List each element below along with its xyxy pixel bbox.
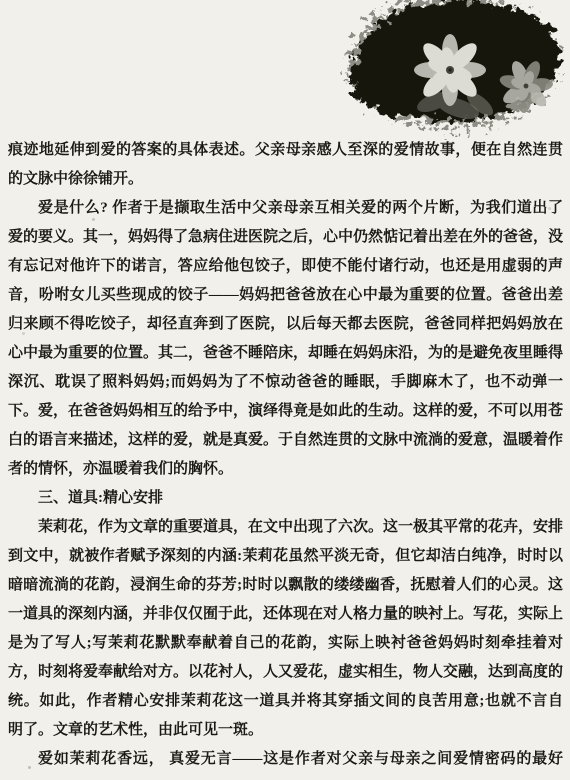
text-line: 到文中，就被作者赋予深刻的内涵:茉莉花虽然平淡无奇，但它却洁白纯净，时时以 (8, 542, 563, 571)
jasmine-ink-photo (338, 0, 570, 140)
section-heading: 三、道具:精心安排 (8, 484, 563, 513)
scanned-page: 痕迹地延伸到爱的答案的具体表述。父亲母亲感人至深的爱情故事，便在自然连贯的文脉中… (0, 0, 570, 780)
text-line: 暗暗流淌的花韵，浸润生命的芬芳;时时以飘散的缕缕幽香，抚慰着人们的心灵。这 (8, 571, 563, 600)
text-line: 一。如此，作者精心安排茉莉花这一道具并将其穿插文间的良苦用意;也就不言自 (8, 687, 563, 716)
text-line: 茉莉花，作为文章的重要道具，在文中出现了六次。这一极其平常的花卉，安排 (8, 513, 563, 542)
text-column: 痕迹地延伸到爱的答案的具体表述。父亲母亲感人至深的爱情故事，便在自然连贯的文脉中… (8, 136, 563, 774)
text-line: 爱的要义。其一，妈妈得了急病住进医院之后，心中仍然惦记着出差在外的爸爸，没 (8, 223, 563, 252)
text-line: 深沉、耽误了照料妈妈;而妈妈为了不惊动爸爸的睡眠，手脚麻木了，也不动弹一 (8, 368, 563, 397)
jasmine-flower-main (414, 34, 486, 106)
text-line: 下。爱，在爸爸妈妈相互的给予中，演绎得竟是如此的生动。这样的爱，不可以用苍 (8, 397, 563, 426)
text-line: 心中最为重要的位置。其二，爸爸不睡陪床，却睡在妈妈床沿，为的是避免夜里睡得 (8, 339, 563, 368)
text-line: 有忘记对他许下的诺言，答应给他包饺子，即使不能付诸行动，也还是用虚弱的声 (8, 252, 563, 281)
text-line: 是为了写人;写茉莉花默默奉献着自己的花韵，实际上映衬爸爸妈妈时刻牵挂着对 (8, 629, 563, 658)
text-line: 白的语言来描述，这样的爱，就是真爱。于自然连贯的文脉中流淌的爱意，温暖着作 (8, 426, 563, 455)
text-line: 方，时刻将爱奉献给对方。以花衬人，人又爱花，虚实相生，物人交融，达到高度的统 (8, 658, 563, 687)
text-line: 爱如茉莉花香远， 真爱无言——这是作者对父亲与母亲之间爱情密码的最好 (8, 745, 563, 774)
text-line: 归来顾不得吃饺子，却径直奔到了医院，以后每天都去医院，爸爸同样把妈妈放在 (8, 310, 563, 339)
text-line: 音，吩咐女儿买些现成的饺子——妈妈把爸爸放在心中最为重要的位置。爸爸出差 (8, 281, 563, 310)
text-line: 的文脉中徐徐铺开。 (8, 165, 563, 194)
text-line: 爱是什么? 作者于是撷取生活中父亲母亲互相关爱的两个片断，为我们道出了 (8, 194, 563, 223)
text-line: 一道具的深刻内涵，并非仅仅囿于此，还体现在对人格力量的映衬上。写花，实际上 (8, 600, 563, 629)
text-line: 者的情怀，亦温暖着我们的胸怀。 (8, 455, 563, 484)
text-line: 明了。文章的艺术性，由此可见一斑。 (8, 716, 563, 745)
text-line: 痕迹地延伸到爱的答案的具体表述。父亲母亲感人至深的爱情故事，便在自然连贯 (8, 136, 563, 165)
